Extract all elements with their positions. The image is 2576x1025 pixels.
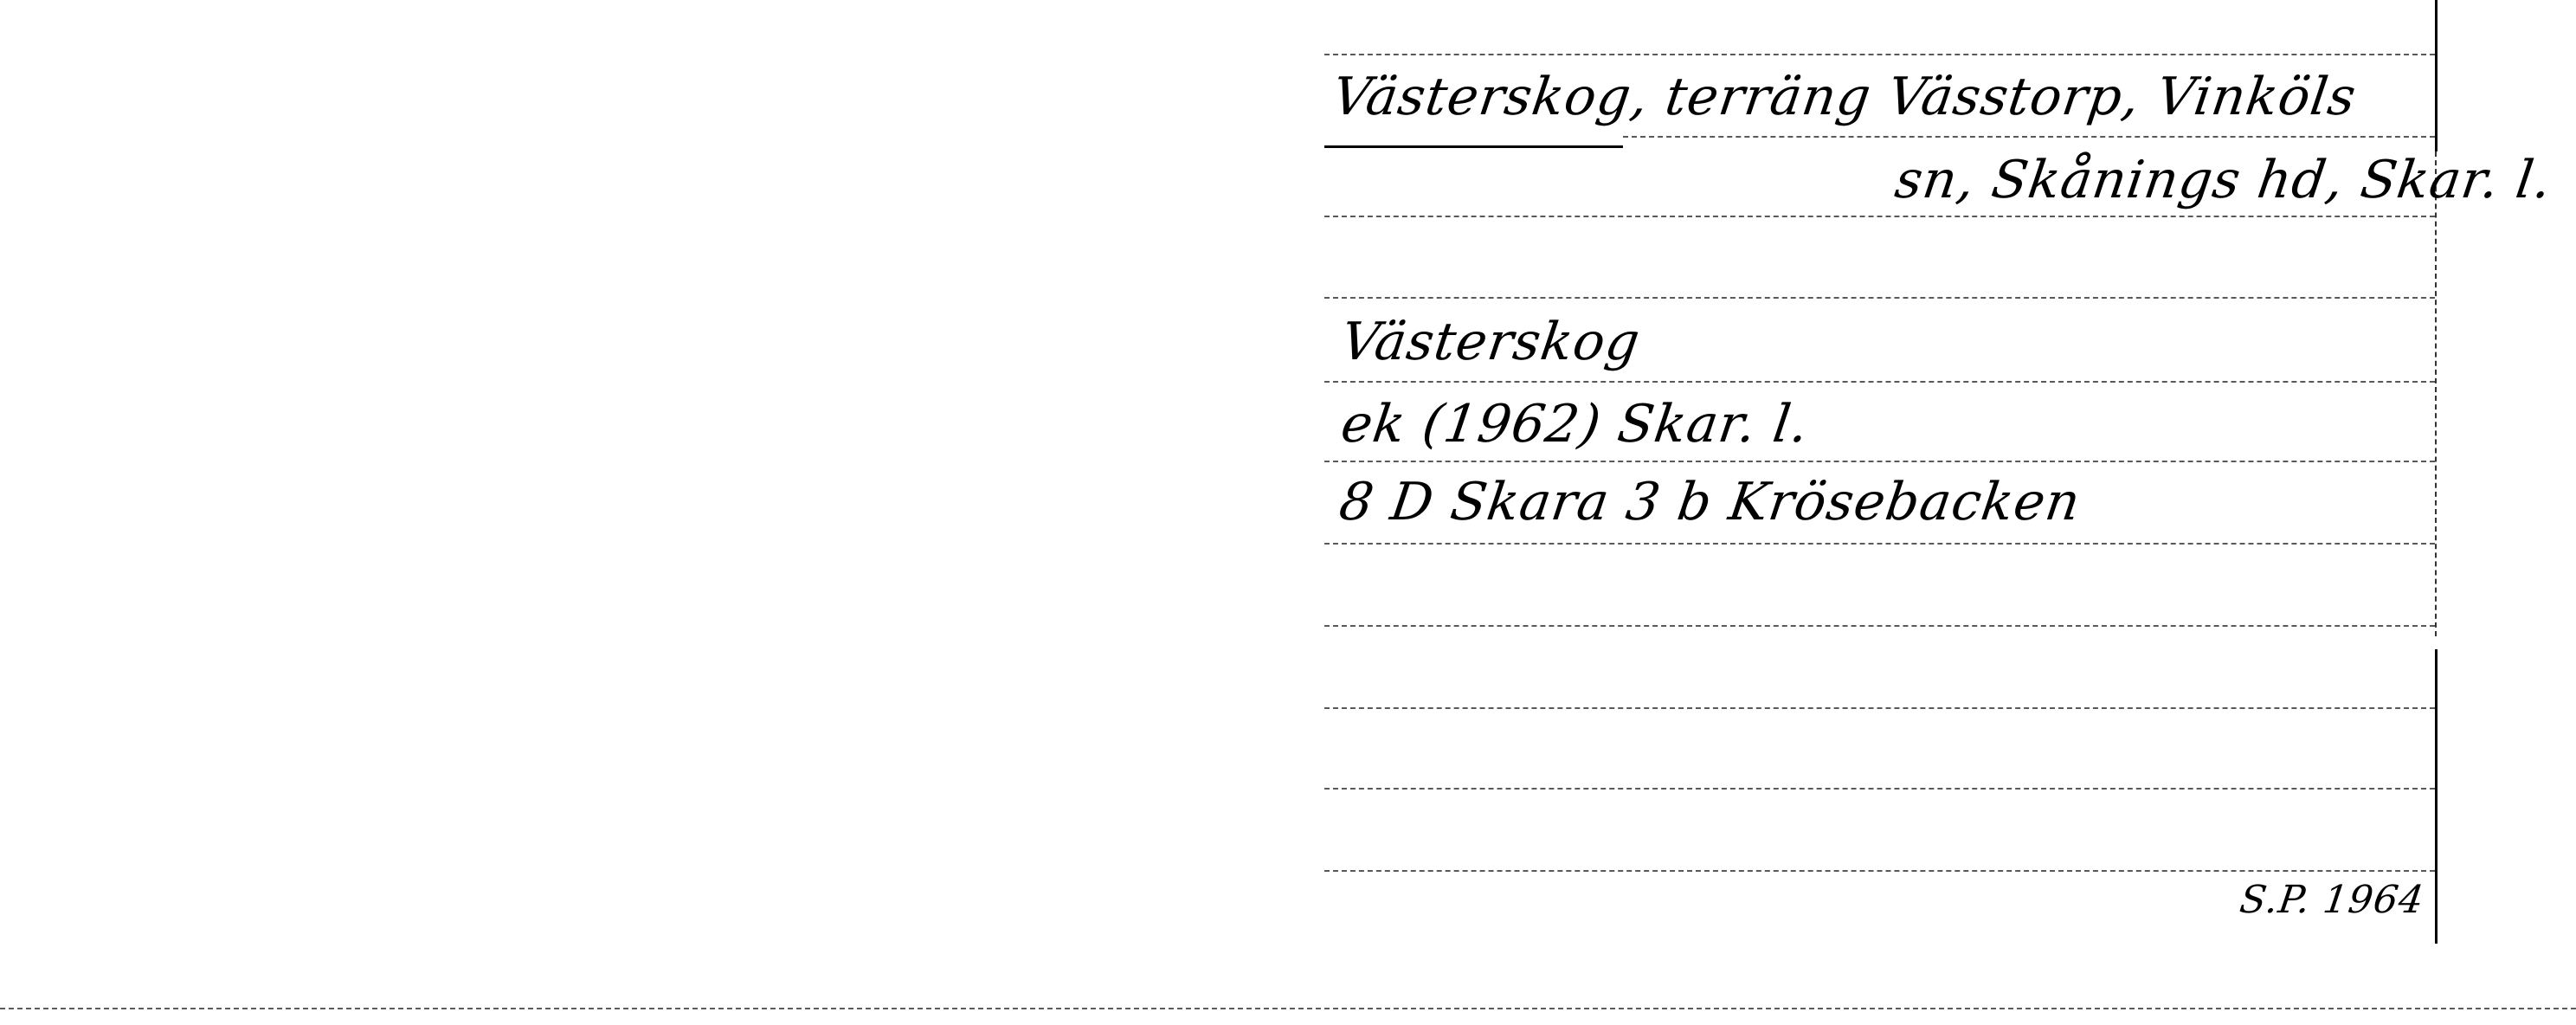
signature: S.P. 1964 bbox=[2238, 881, 2426, 919]
card-right-border bbox=[2435, 649, 2438, 944]
scan-bottom-edge bbox=[0, 1008, 2576, 1009]
index-card: Västerskog, terräng Vässtorp, Vinköls sn… bbox=[1324, 0, 2441, 970]
ruled-line bbox=[1324, 54, 2435, 55]
ruled-line bbox=[1324, 870, 2435, 872]
ruled-line bbox=[1324, 543, 2435, 545]
ruled-line bbox=[1324, 707, 2435, 709]
card-right-border bbox=[2435, 0, 2438, 151]
ruled-line bbox=[1324, 461, 2435, 462]
entry-name: Västerskog bbox=[1338, 316, 1644, 368]
ruled-line bbox=[1324, 788, 2435, 790]
ruled-line bbox=[1324, 381, 2435, 383]
header-line-1: Västerskog, terräng Vässtorp, Vinköls bbox=[1330, 71, 2360, 123]
entry-line-2: ek (1962) Skar. l. bbox=[1338, 398, 1813, 450]
card-right-border bbox=[2435, 151, 2437, 636]
entry-line-3: 8 D Skara 3 b Krösebacken bbox=[1336, 476, 2084, 528]
ruled-line bbox=[1324, 625, 2435, 627]
header-line-2: sn, Skånings hd, Skar. l. bbox=[1892, 154, 2555, 206]
ruled-line bbox=[1623, 136, 2435, 138]
header-underline bbox=[1324, 145, 1623, 148]
ruled-line bbox=[1324, 297, 2435, 299]
ruled-line bbox=[1324, 216, 2435, 217]
